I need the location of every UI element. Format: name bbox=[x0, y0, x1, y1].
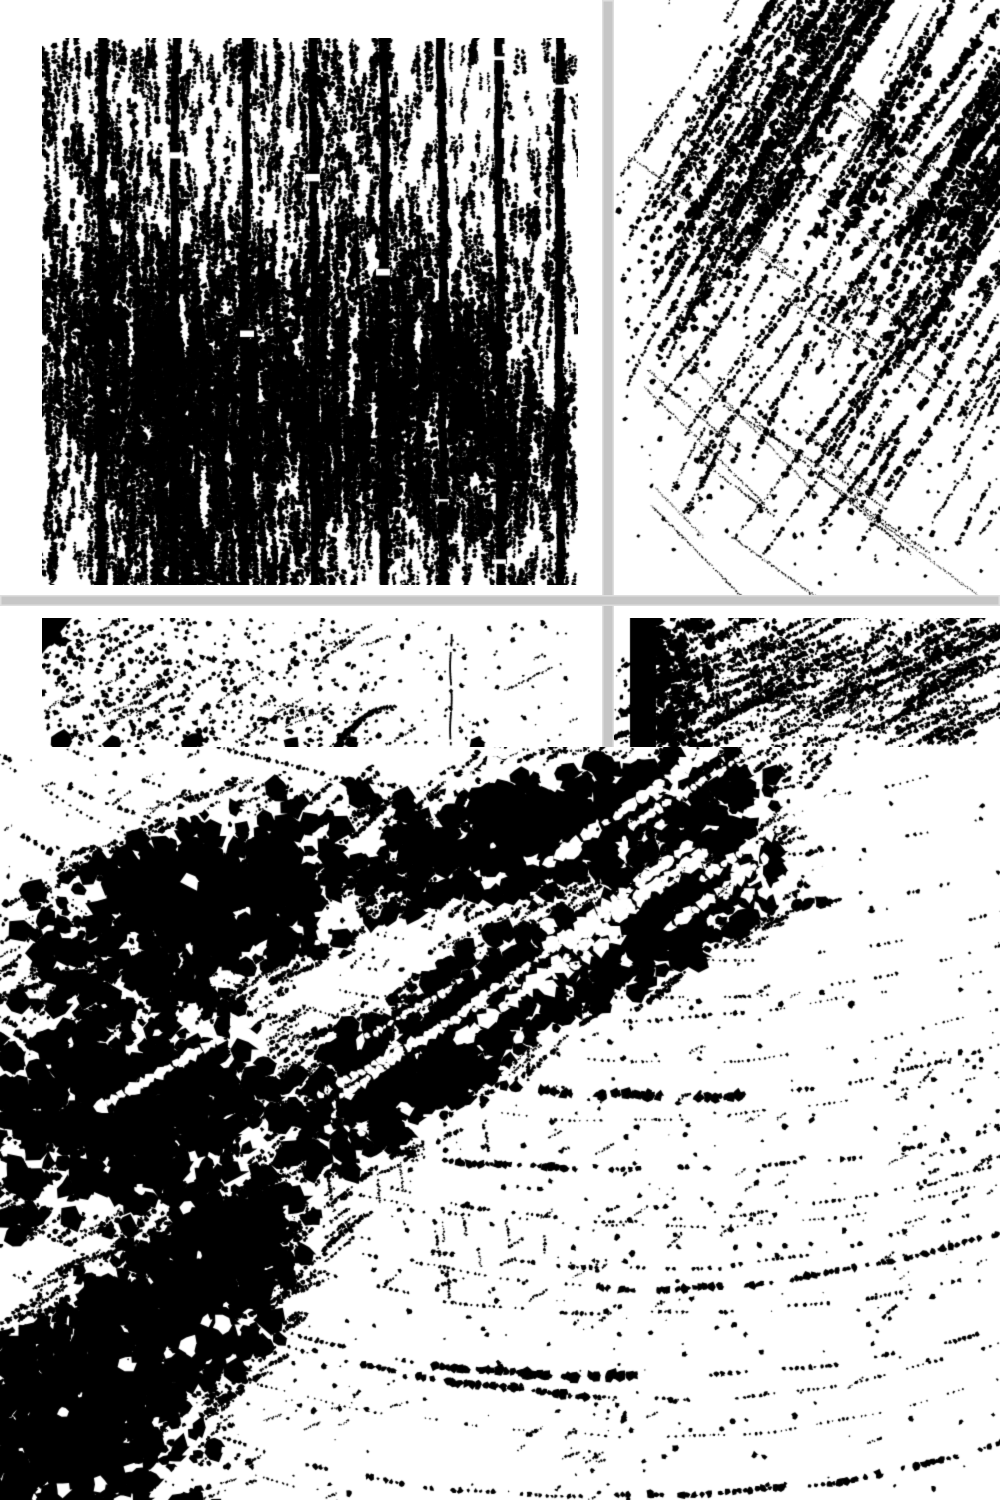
tile-dense-scratch bbox=[614, 618, 1000, 747]
vertical-gutter-divider bbox=[602, 0, 614, 750]
horizontal-gutter-divider bbox=[0, 595, 1000, 606]
tile-wood-planks bbox=[42, 38, 578, 585]
tile-speckle-grunge bbox=[42, 618, 578, 747]
tile-tree-rings bbox=[0, 747, 1000, 1500]
texture-collage-page bbox=[0, 0, 1000, 1500]
tile-scratched-grain bbox=[614, 0, 1000, 595]
